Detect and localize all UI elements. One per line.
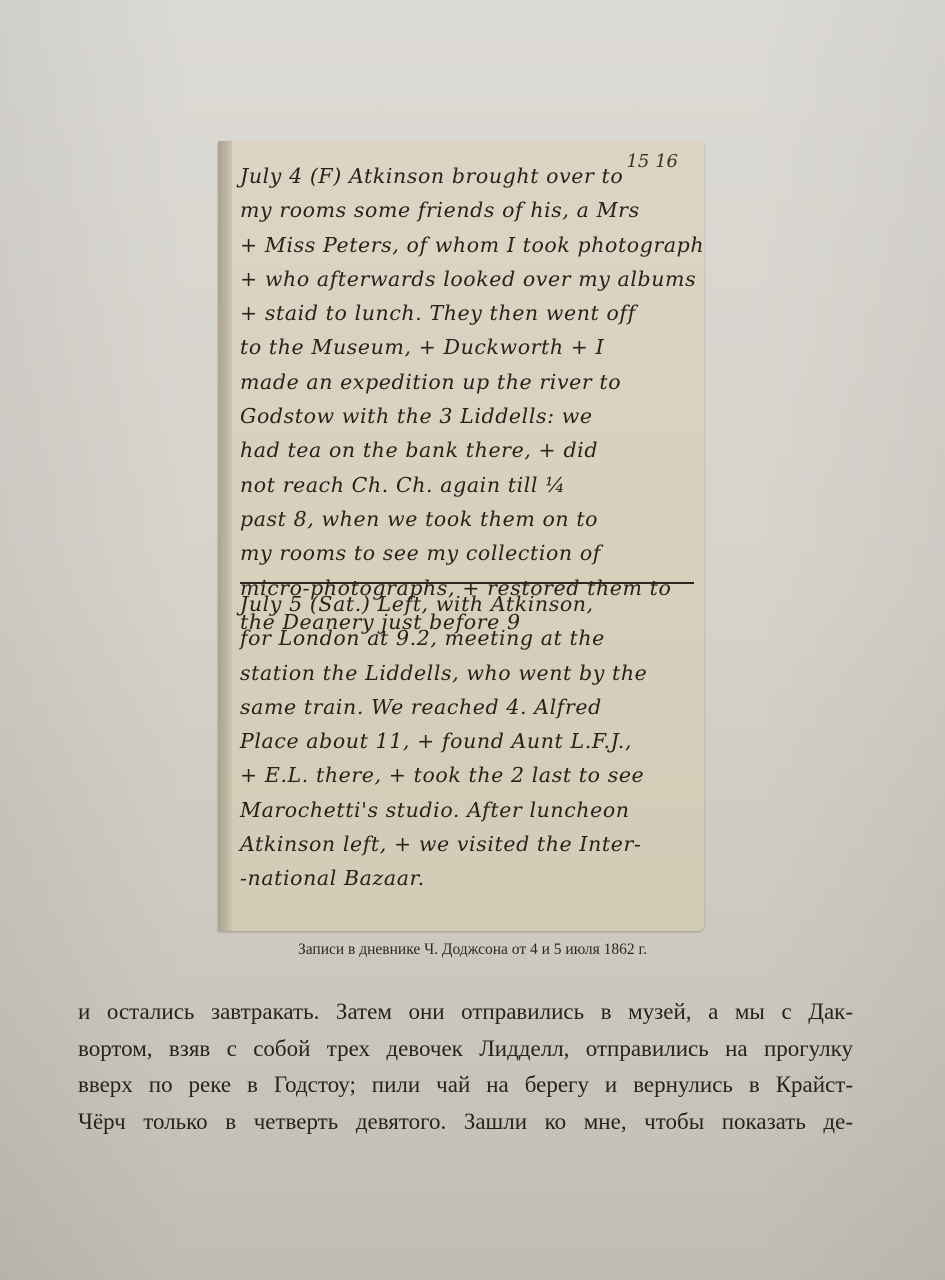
entry-line: same train. We reached 4. Alfred xyxy=(240,690,690,724)
manuscript-photo: 15 16 July 4 (F) Atkinson brought over t… xyxy=(218,141,704,931)
entry-line: Marochetti's studio. After luncheon xyxy=(240,793,690,827)
diary-entry-july-4: July 4 (F) Atkinson brought over to my r… xyxy=(240,159,690,639)
entry-line: July 5 (Sat.) Left, with Atkinson, xyxy=(240,587,690,621)
entry-line: + E.L. there, + took the 2 last to see xyxy=(240,758,690,792)
entry-line: + who afterwards looked over my albums xyxy=(240,262,690,296)
entry-line: for London at 9.2, meeting at the xyxy=(240,621,690,655)
body-paragraph: и остались завтракать. Затем они отправи… xyxy=(78,994,853,1140)
manuscript-spine xyxy=(218,141,232,931)
figure-caption: Записи в дневнике Ч. Доджсона от 4 и 5 и… xyxy=(0,941,945,959)
entry-line: made an expedition up the river to xyxy=(240,365,690,399)
entry-line: + Miss Peters, of whom I took photograph… xyxy=(240,228,690,262)
manuscript-figure: 15 16 July 4 (F) Atkinson brought over t… xyxy=(218,141,704,931)
body-line: Чёрч только в четверть девятого. Зашли к… xyxy=(78,1104,853,1141)
entry-line: Place about 11, + found Aunt L.F.J., xyxy=(240,724,690,758)
body-line: вортом, взяв с собой трех девочек Лиддел… xyxy=(78,1031,853,1068)
entry-line: past 8, when we took them on to xyxy=(240,502,690,536)
entry-line: not reach Ch. Ch. again till ¼ xyxy=(240,468,690,502)
entry-line: my rooms to see my collection of xyxy=(240,536,690,570)
body-line: вверх по реке в Годстоу; пили чай на бер… xyxy=(78,1067,853,1104)
diary-entry-july-5: July 5 (Sat.) Left, with Atkinson, for L… xyxy=(240,587,690,896)
entry-line: Atkinson left, + we visited the Inter- xyxy=(240,827,690,861)
body-line: и остались завтракать. Затем они отправи… xyxy=(78,994,853,1031)
entry-line: had tea on the bank there, + did xyxy=(240,433,690,467)
entry-line: to the Museum, + Duckworth + I xyxy=(240,330,690,364)
entry-line: + staid to lunch. They then went off xyxy=(240,296,690,330)
entry-divider xyxy=(240,582,694,584)
entry-line: -national Bazaar. xyxy=(240,861,690,895)
entry-line: Godstow with the 3 Liddells: we xyxy=(240,399,690,433)
entry-line: my rooms some friends of his, a Mrs xyxy=(240,193,690,227)
entry-line: station the Liddells, who went by the xyxy=(240,656,690,690)
entry-line: July 4 (F) Atkinson brought over to xyxy=(240,159,690,193)
